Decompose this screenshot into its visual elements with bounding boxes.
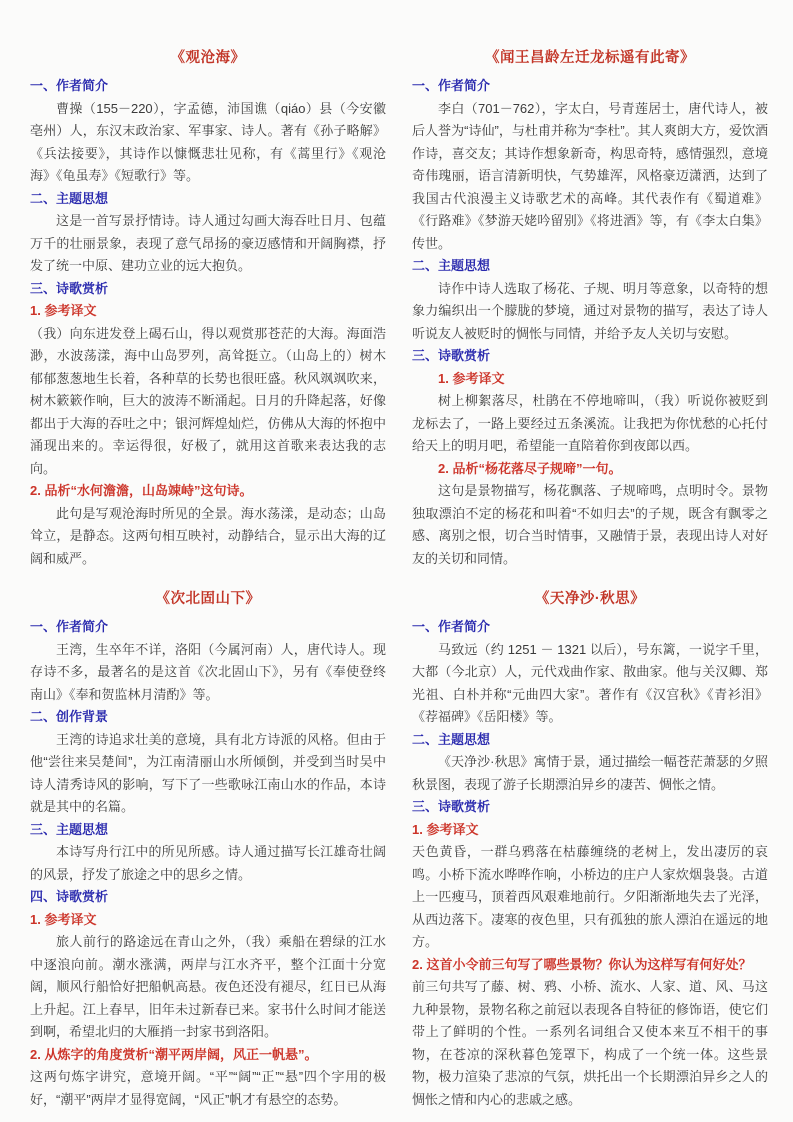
section-heading: 一、作者简介 [30,616,386,639]
section-heading: 一、作者简介 [412,616,768,639]
section-subheading: 2. 品析“杨花落尽子规啼”一句。 [412,458,768,481]
paragraph: 这两句炼字讲究，意境开阔。“平”“阔”“正”“悬”四个字用的极好，“潮平”两岸才… [30,1066,386,1111]
section-heading: 三、诗歌赏析 [412,796,768,819]
section-heading: 三、主题思想 [30,819,386,842]
paragraph: 本诗写舟行江中的所见所感。诗人通过描写长江雄奇壮阔的风景，抒发了旅途之中的思乡之… [30,841,386,886]
section-heading: 一、作者简介 [412,75,768,98]
section-subheading: 1. 参考译文 [412,368,768,391]
paragraph: 此句是写观沧海时所见的全景。海水荡漾，是动态；山岛耸立，是静态。这两句相互映衬，… [30,503,386,571]
paragraph: 前三句共写了藤、树、鸦、小桥、流水、人家、道、风、马这九种景物，景物名称之前冠以… [412,976,768,1111]
paragraph: 马致远（约 1251 － 1321 以后），号东篱，一说字千里，大都（今北京）人… [412,639,768,729]
paragraph: 树上柳絮落尽，杜鹃在不停地啼叫，（我）听说你被贬到龙标去了，一路上要经过五条溪流… [412,390,768,458]
column-right: 《闻王昌龄左迁龙标遥有此寄》 一、作者简介 李白（701－762），字太白，号青… [412,46,768,1111]
paragraph: 王湾，生卒年不详，洛阳（今属河南）人，唐代诗人。现存诗不多，最著名的是这首《次北… [30,639,386,707]
section-heading: 三、诗歌赏析 [30,278,386,301]
section-cibeigushanxia: 《次北固山下》 一、作者简介 王湾，生卒年不详，洛阳（今属河南）人，唐代诗人。现… [30,587,386,1111]
paragraph: （我）向东进发登上碣石山，得以观赏那苍茫的大海。海面浩渺，水波荡漾，海中山岛罗列… [30,323,386,481]
section-tianjingsha-qiusi: 《天净沙·秋思》 一、作者简介 马致远（约 1251 － 1321 以后），号东… [412,587,768,1111]
section-heading: 二、主题思想 [30,188,386,211]
paragraph: 《天净沙·秋思》寓情于景，通过描绘一幅苍茫萧瑟的夕照秋景图，表现了游子长期漂泊异… [412,751,768,796]
section-wenwangchangling: 《闻王昌龄左迁龙标遥有此寄》 一、作者简介 李白（701－762），字太白，号青… [412,46,768,587]
paragraph: 李白（701－762），字太白，号青莲居士，唐代诗人，被后人誉为“诗仙”，与杜甫… [412,98,768,256]
section-heading: 二、主题思想 [412,729,768,752]
section-heading: 二、创作背景 [30,706,386,729]
paragraph: 这是一首写景抒情诗。诗人通过勾画大海吞吐日月、包蕴万千的壮丽景象，表现了意气昂扬… [30,210,386,278]
paragraph: 曹操（155－220），字孟德，沛国谯（qiáo）县（今安徽亳州）人，东汉末政治… [30,98,386,188]
section-heading: 三、诗歌赏析 [412,345,768,368]
section-title: 《天净沙·秋思》 [412,587,768,608]
paragraph: 旅人前行的路途远在青山之外，（我）乘船在碧绿的江水中逐浪向前。潮水涨满，两岸与江… [30,931,386,1044]
section-subheading: 1. 参考译文 [30,909,386,932]
section-title: 《次北固山下》 [30,587,386,608]
document-page: 《观沧海》 一、作者简介 曹操（155－220），字孟德，沛国谯（qiáo）县（… [0,0,793,1111]
section-title: 《观沧海》 [30,46,386,67]
section-title: 《闻王昌龄左迁龙标遥有此寄》 [412,46,768,67]
section-heading: 二、主题思想 [412,255,768,278]
section-subheading: 1. 参考译文 [412,819,768,842]
section-guancanghai: 《观沧海》 一、作者简介 曹操（155－220），字孟德，沛国谯（qiáo）县（… [30,46,386,587]
section-subheading: 1. 参考译文 [30,300,386,323]
section-heading: 四、诗歌赏析 [30,886,386,909]
section-heading: 一、作者简介 [30,75,386,98]
paragraph: 王湾的诗追求壮美的意境，具有北方诗派的风格。但由于他“尝往来吴楚间”，为江南清丽… [30,729,386,819]
section-subheading: 2. 这首小令前三句写了哪些景物？你认为这样写有何好处？ [412,954,768,977]
paragraph: 天色黄昏，一群乌鸦落在枯藤缠绕的老树上，发出凄厉的哀鸣。小桥下流水哗哗作响，小桥… [412,841,768,954]
section-subheading: 2. 从炼字的角度赏析“潮平两岸阔，风正一帆悬”。 [30,1044,386,1067]
paragraph: 诗作中诗人选取了杨花、子规、明月等意象，以奇特的想象力编织出一个朦胧的梦境，通过… [412,278,768,346]
section-subheading: 2. 品析“水何澹澹，山岛竦峙”这句诗。 [30,480,386,503]
paragraph: 这句是景物描写，杨花飘落、子规啼鸣，点明时令。景物独取漂泊不定的杨花和叫着“不如… [412,480,768,570]
column-left: 《观沧海》 一、作者简介 曹操（155－220），字孟德，沛国谯（qiáo）县（… [30,46,386,1111]
